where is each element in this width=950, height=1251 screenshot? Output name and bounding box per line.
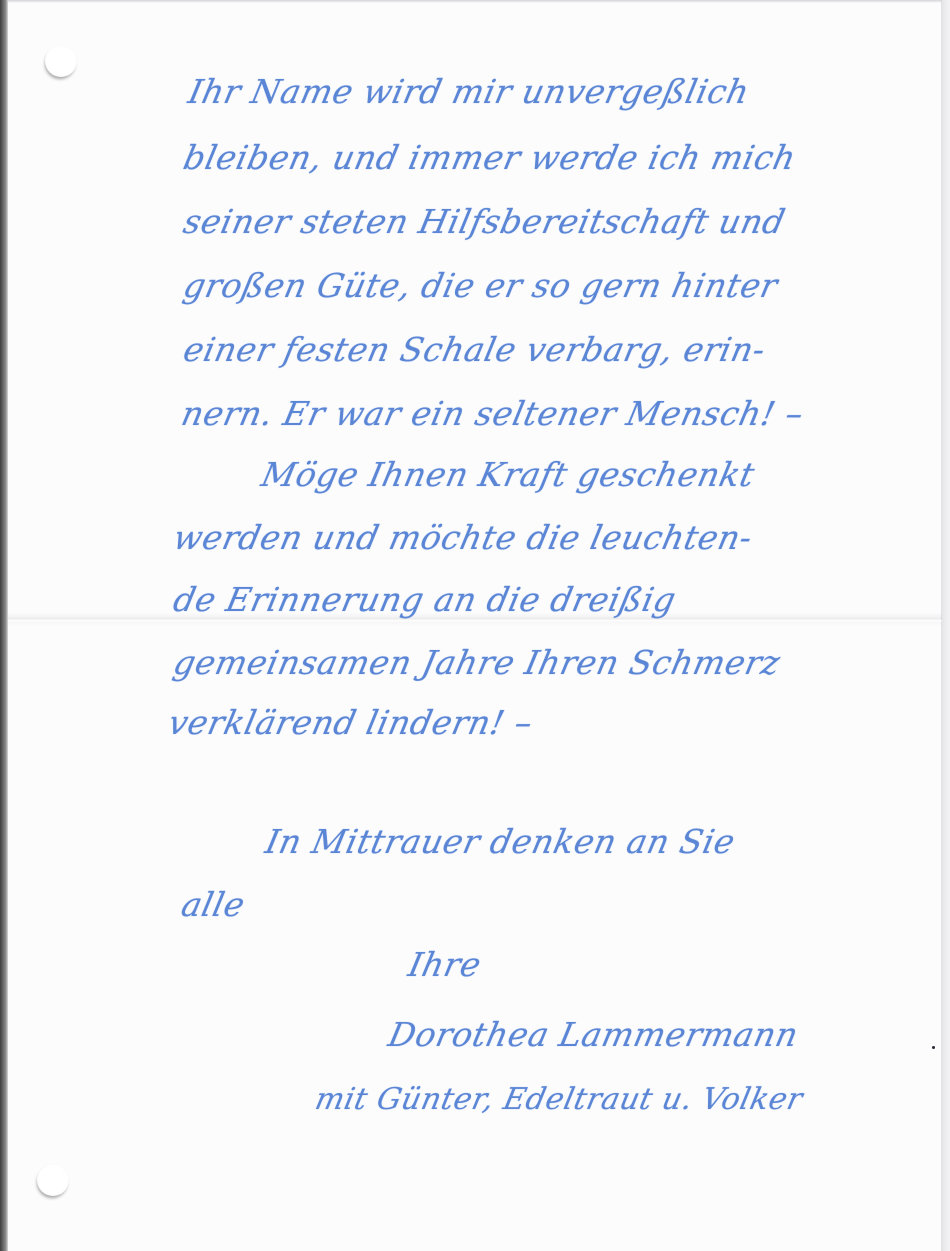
- letter-line: gemeinsamen Jahre Ihren Schmerz: [170, 643, 784, 682]
- closing-line: alle: [178, 885, 249, 924]
- letter-line: Ihr Name wird mir unvergeßlich: [185, 72, 753, 111]
- page-top-shadow: [8, 0, 942, 3]
- letter-line: großen Güte, die er so gern hinter: [180, 266, 781, 305]
- closing-line: In Mittrauer denken an Sie: [262, 822, 739, 861]
- letter-line: Möge Ihnen Kraft geschenkt: [258, 455, 758, 494]
- letter-line: nern. Er war ein seltener Mensch! –: [178, 394, 807, 433]
- letter-line: bleiben, und immer werde ich mich: [180, 138, 800, 177]
- signature-salutation: Ihre: [405, 945, 485, 984]
- letter-line: seiner steten Hilfsbereitschaft und: [180, 202, 789, 241]
- letter-line: einer festen Schale verbarg, erin-: [180, 330, 769, 369]
- signature-name: Dorothea Lammermann: [385, 1015, 802, 1054]
- scanner-edge-right: [942, 0, 950, 1251]
- letter-line: verklärend lindern! –: [165, 703, 536, 742]
- letter-line: de Erinnerung an die dreißig: [170, 580, 680, 619]
- signature-family: mit Günter, Edeltraut u. Volker: [312, 1082, 806, 1117]
- ink-speck: [932, 1046, 935, 1049]
- scanner-edge-left: [0, 0, 8, 1251]
- punch-hole-top: [45, 45, 77, 77]
- punch-hole-bottom: [37, 1164, 69, 1196]
- letter-line: werden und möchte die leuchten-: [170, 518, 756, 557]
